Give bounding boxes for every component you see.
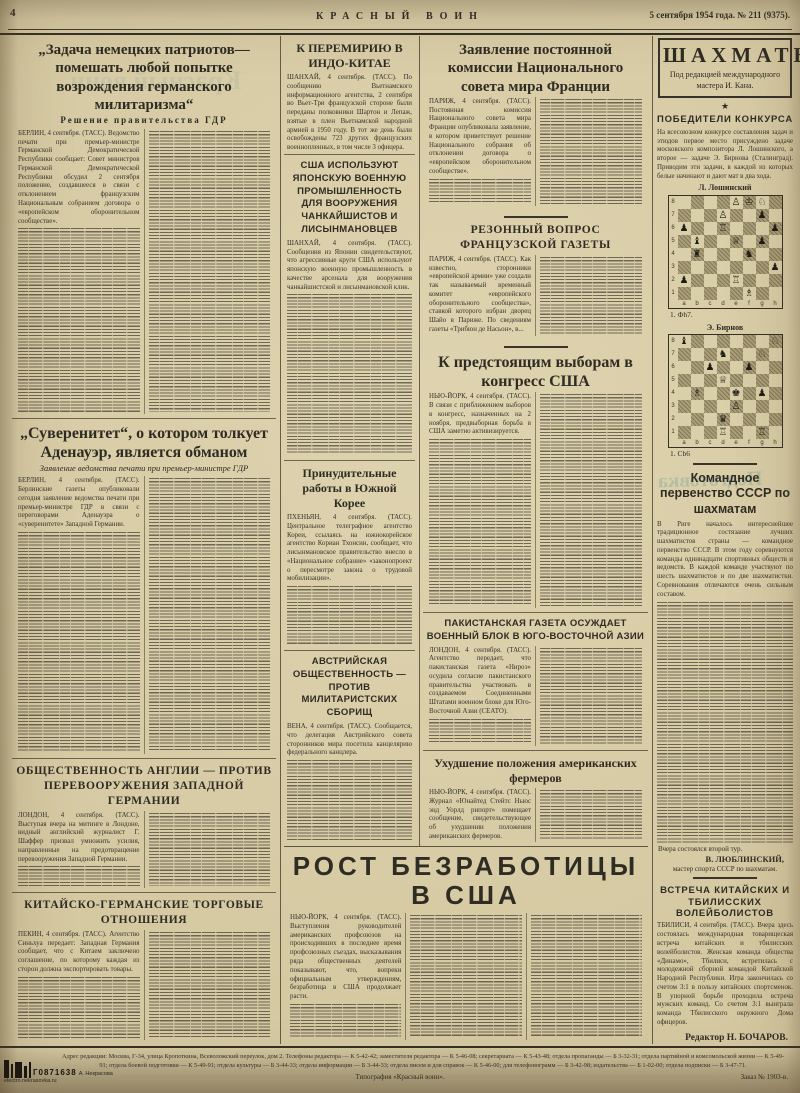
body-text-sim — [287, 760, 412, 840]
chess-square — [756, 335, 769, 348]
file-label: a — [678, 300, 691, 308]
team-championship-end: Вчера состоялся второй тур. — [656, 845, 794, 854]
chess-square — [743, 400, 756, 413]
body-text-sim — [657, 602, 793, 844]
chess-piece: ♟ — [756, 235, 769, 248]
section-divider — [693, 877, 757, 879]
editor-line: Редактор Н. БОЧАРОВ. — [656, 1028, 794, 1044]
article-austria-public: АВСТРИЙСКАЯ ОБЩЕСТВЕННОСТЬ — ПРОТИВ МИЛИ… — [284, 650, 415, 846]
file-label: g — [756, 300, 769, 308]
rank-label: 2 — [669, 413, 678, 426]
chess-piece: ♕ — [717, 374, 730, 387]
rank-label: 1 — [669, 426, 678, 439]
article-france-peace-council: Заявление постоянной комиссии Национальн… — [423, 36, 648, 210]
chess-piece: ♜ — [691, 248, 704, 261]
chess-piece: ♘ — [756, 348, 769, 361]
footer-rule — [0, 1046, 800, 1048]
section-divider — [693, 463, 757, 465]
chess-piece: ♟ — [756, 387, 769, 400]
chess-square — [678, 387, 691, 400]
chess-piece: ♞ — [717, 348, 730, 361]
chess-square — [717, 235, 730, 248]
team-championship-lead: В Риге началось интереснейшее традиционн… — [656, 520, 794, 600]
article-lead: ПХЕНЬЯН, 4 сентября. (ТАСС). Центральное… — [286, 513, 413, 584]
chess-square — [678, 413, 691, 426]
chess-section-title: ШАХМАТЫ — [663, 45, 787, 66]
chess-square — [691, 413, 704, 426]
chess-square — [717, 248, 730, 261]
chess-square — [743, 335, 756, 348]
article-lead: ПЕКИН, 4 сентября. (ТАСС). Агентство Син… — [17, 930, 141, 975]
article-lead: ВЕНА, 4 сентября. (ТАСС). Сообщается, чт… — [286, 722, 413, 758]
body-text-sim — [149, 932, 271, 1038]
chess-square — [704, 426, 717, 439]
chess-square — [769, 287, 782, 300]
chess-square — [730, 222, 743, 235]
chess-square — [756, 361, 769, 374]
file-label: h — [769, 439, 782, 447]
chess-square — [756, 374, 769, 387]
chess-square — [769, 235, 782, 248]
chess-square — [691, 287, 704, 300]
article-us-congress-elections: К предстоящим выборам в конгресс США НЬЮ… — [423, 340, 648, 612]
rank-label: 7 — [669, 348, 678, 361]
corner-spacer — [669, 300, 678, 308]
chess-square — [730, 287, 743, 300]
chess-square — [730, 335, 743, 348]
chess-square — [678, 348, 691, 361]
diagram1-caption: Л. Лошинский — [656, 181, 794, 194]
article-title: Принудительные работы в Южной Корее — [286, 464, 413, 513]
stamp-library: А. Некрасова — [79, 1071, 113, 1078]
body-text-sim — [531, 915, 642, 1038]
chess-piece: ♕ — [730, 235, 743, 248]
article-title: КИТАЙСКО-ГЕРМАНСКИЕ ТОРГОВЫЕ ОТНОШЕНИЯ — [14, 896, 274, 930]
chess-square — [678, 287, 691, 300]
article-title: ПАКИСТАНСКАЯ ГАЗЕТА ОСУЖДАЕТ ВОЕННЫЙ БЛО… — [425, 616, 646, 646]
article-title: РЕЗОННЫЙ ВОПРОС ФРАНЦУЗСКОЙ ГАЗЕТЫ — [425, 221, 646, 255]
file-label: h — [769, 300, 782, 308]
contest-winners-lead: На всесоюзном конкурсе составления задач… — [656, 128, 794, 182]
chess-piece: ♔ — [743, 196, 756, 209]
rank-label: 6 — [669, 222, 678, 235]
rank-label: 2 — [669, 274, 678, 287]
chess-square — [717, 335, 730, 348]
body-text-sim — [540, 257, 642, 334]
body-text-sim — [540, 99, 642, 204]
chess-square — [678, 235, 691, 248]
file-label: f — [743, 439, 756, 447]
article-american-farmers: Ухудшение положения американских фермеро… — [423, 750, 648, 846]
chess-square — [743, 274, 756, 287]
section-divider — [504, 346, 568, 348]
chess-square — [691, 374, 704, 387]
chess-square — [717, 274, 730, 287]
chess-square — [704, 335, 717, 348]
file-label: e — [730, 439, 743, 447]
chess-square — [691, 348, 704, 361]
column-rule — [280, 36, 281, 1044]
chess-square — [743, 235, 756, 248]
chess-square — [717, 261, 730, 274]
body-text-sim — [18, 228, 140, 412]
chess-square — [691, 426, 704, 439]
file-label: a — [678, 439, 691, 447]
newspaper-page: { "header": { "page_number": "4", "masth… — [0, 0, 800, 1093]
chess-piece: ♘ — [769, 335, 782, 348]
chess-square — [704, 387, 717, 400]
column-rule — [652, 36, 653, 1044]
chess-square — [769, 400, 782, 413]
chess-square — [704, 348, 717, 361]
chess-piece: ♟ — [769, 261, 782, 274]
chess-square — [730, 348, 743, 361]
chess-square — [717, 400, 730, 413]
chess-section-subtitle: Под редакцией международного мастера И. … — [663, 70, 787, 92]
chess-square — [743, 374, 756, 387]
chess-square — [743, 348, 756, 361]
chess-square — [769, 361, 782, 374]
chess-piece: ♟ — [756, 209, 769, 222]
chess-square — [678, 248, 691, 261]
chess-square — [691, 335, 704, 348]
article-lead: НЬЮ-ЙОРК, 4 сентября. (ТАСС). Журнал «Юн… — [428, 788, 532, 842]
chess-square — [704, 235, 717, 248]
rank-label: 5 — [669, 235, 678, 248]
body-text-sim — [540, 394, 642, 606]
article-usa-japan-industry: США ИСПОЛЬЗУЮТ ЯПОНСКУЮ ВОЕННУЮ ПРОМЫШЛЕ… — [284, 154, 415, 460]
chess-square — [678, 209, 691, 222]
chess-square — [756, 261, 769, 274]
chess-square — [704, 413, 717, 426]
chess-square — [769, 374, 782, 387]
article-title: ОБЩЕСТВЕННОСТЬ АНГЛИИ — ПРОТИВ ПЕРЕВООРУ… — [14, 762, 274, 811]
chess-square — [769, 274, 782, 287]
chess-square — [704, 222, 717, 235]
chess-piece: ♗ — [691, 387, 704, 400]
chess-square — [743, 222, 756, 235]
rank-label: 1 — [669, 287, 678, 300]
article-korea-forced-labor: Принудительные работы в Южной Корее ПХЕН… — [284, 460, 415, 650]
middle-column: К ПЕРЕМИРИЮ В ИНДО-КИТАЕ ШАНХАЙ, 4 сентя… — [284, 36, 415, 846]
article-sovereignty: „Суверенитет“, о котором толкует Аденауэ… — [12, 418, 276, 758]
chess-square — [691, 196, 704, 209]
article-subtitle: Заявление ведомства печати при премьер-м… — [14, 463, 274, 476]
chess-square — [691, 261, 704, 274]
chess-piece: ♖ — [717, 222, 730, 235]
print-order-number: Заказ № 1903-в. — [741, 1073, 788, 1081]
chess-square — [743, 413, 756, 426]
chess-square — [743, 209, 756, 222]
rank-label: 3 — [669, 400, 678, 413]
rank-label: 7 — [669, 209, 678, 222]
chess-diagram-1: 8♙♔♘7♙♟6♟♖♟5♝♕♟4♜♞3♟2♟♖1♗abcdefgh — [656, 195, 794, 309]
chess-square — [756, 274, 769, 287]
article-lead: ШАНХАЙ, 4 сентября. (ТАСС). По сообщению… — [286, 73, 413, 153]
chess-square — [704, 287, 717, 300]
chess-square — [743, 261, 756, 274]
diagram2-solution: 1. Сb6 — [656, 448, 794, 460]
body-text-sim — [540, 648, 642, 744]
article-indochina-truce: К ПЕРЕМИРИЮ В ИНДО-КИТАЕ ШАНХАЙ, 4 сентя… — [284, 36, 415, 154]
chess-piece: ♖ — [730, 274, 743, 287]
file-label: d — [717, 439, 730, 447]
chess-square — [730, 426, 743, 439]
chess-square — [756, 287, 769, 300]
author-role: мастер спорта СССР по шахматам. — [656, 865, 794, 874]
body-text-sim — [540, 790, 642, 840]
article-pakistan-newspaper: ПАКИСТАНСКАЯ ГАЗЕТА ОСУЖДАЕТ ВОЕННЫЙ БЛО… — [423, 612, 648, 750]
file-label: c — [704, 300, 717, 308]
body-text-sim — [429, 439, 531, 606]
chess-square — [717, 361, 730, 374]
body-text-sim — [287, 586, 412, 644]
corner-spacer — [669, 439, 678, 447]
body-text-sim — [18, 866, 140, 886]
chess-square — [769, 196, 782, 209]
article-title: К ПЕРЕМИРИЮ В ИНДО-КИТАЕ — [286, 39, 413, 73]
chess-piece: ♖ — [717, 426, 730, 439]
chess-piece: ♘ — [756, 196, 769, 209]
article-us-unemployment: РОСТ БЕЗРАБОТИЦЫ В США НЬЮ-ЙОРК, 4 сентя… — [284, 846, 648, 1044]
issue-date: 5 сентября 1954 года. № 211 (9375). — [649, 11, 790, 20]
article-title: США ИСПОЛЬЗУЮТ ЯПОНСКУЮ ВОЕННУЮ ПРОМЫШЛЕ… — [286, 158, 413, 239]
page-header: 4 КРАСНЫЙ ВОИН 5 сентября 1954 года. № 2… — [0, 4, 800, 30]
chess-square — [704, 248, 717, 261]
body-text-sim — [429, 719, 531, 744]
stamp-code: Г0871638 — [33, 1068, 77, 1078]
volleyball-title: ВСТРЕЧА КИТАЙСКИХ И ТБИЛИССКИХ ВОЛЕЙБОЛИ… — [656, 882, 794, 921]
chess-square — [704, 274, 717, 287]
chess-diagram-2: 8♝♘7♞♘6♟♟5♕4♗♚♟3♙2♛1♖♖abcdefgh — [656, 334, 794, 448]
author-signature: В. ЛЮБЛИНСКИЙ, — [656, 854, 794, 865]
section-divider — [504, 216, 568, 218]
chess-square — [743, 426, 756, 439]
chess-square — [691, 361, 704, 374]
chess-square — [756, 248, 769, 261]
chess-piece: ♟ — [704, 361, 717, 374]
diagram1-solution: 1. Фh7. — [656, 309, 794, 321]
chess-section-box: ШАХМАТЫ Под редакцией международного мас… — [658, 38, 792, 98]
body-text-sim — [149, 131, 271, 412]
body-text-sim — [149, 813, 271, 886]
chess-square — [691, 209, 704, 222]
chess-piece: ♚ — [730, 387, 743, 400]
file-label: b — [691, 439, 704, 447]
chess-square — [730, 374, 743, 387]
article-gdr-task: „Задача немецких патриотов— помешать люб… — [12, 36, 276, 418]
rank-label: 8 — [669, 335, 678, 348]
chess-square — [717, 196, 730, 209]
star-icon: ★ — [656, 102, 794, 112]
article-lead: ШАНХАЙ, 4 сентября. (ТАСС). Сообщения из… — [286, 239, 413, 293]
header-rule-thin — [8, 29, 792, 30]
body-text-sim — [290, 1004, 401, 1038]
article-title: АВСТРИЙСКАЯ ОБЩЕСТВЕННОСТЬ — ПРОТИВ МИЛИ… — [286, 654, 413, 722]
article-title: Ухудшение положения американских фермеро… — [425, 754, 646, 788]
chess-square — [717, 387, 730, 400]
article-lead: НЬЮ-ЙОРК, 4 сентября. (ТАСС). В связи с … — [428, 392, 532, 437]
body-text-sim — [429, 179, 531, 204]
chess-square — [678, 374, 691, 387]
article-title: К предстоящим выборам в конгресс США — [425, 351, 646, 392]
contest-winners-title: ПОБЕДИТЕЛИ КОНКУРСА — [656, 111, 794, 127]
chess-square — [756, 400, 769, 413]
article-lead: БЕРЛИН, 4 сентября. (ТАСС). Ведомство пе… — [17, 129, 141, 226]
file-label: d — [717, 300, 730, 308]
chess-square — [704, 209, 717, 222]
center-right-column: Заявление постоянной комиссии Национальн… — [423, 36, 648, 846]
article-title: „Суверенитет“, о котором толкует Аденауэ… — [14, 422, 274, 463]
diagram2-caption: Э. Бирнов — [656, 321, 794, 334]
chess-square — [769, 387, 782, 400]
chess-piece: ♗ — [743, 287, 756, 300]
library-stamp: Г0871638 А. Некрасова electro.nekrasovka… — [4, 1060, 154, 1085]
chess-column: ШАХМАТЫ Под редакцией международного мас… — [656, 36, 794, 1044]
chess-piece: ♟ — [678, 222, 691, 235]
article-french-newspaper-question: РЕЗОННЫЙ ВОПРОС ФРАНЦУЗСКОЙ ГАЗЕТЫ ПАРИЖ… — [423, 210, 648, 340]
article-title: „Задача немецких патриотов— помешать люб… — [14, 39, 274, 115]
chess-square — [756, 413, 769, 426]
team-championship-title: Командное первенство СССР по шахматам — [656, 468, 794, 520]
file-label: f — [743, 300, 756, 308]
article-lead: ЛОНДОН, 4 сентября. (ТАСС). Выступая вче… — [17, 811, 141, 865]
chess-square — [704, 261, 717, 274]
chess-square — [769, 413, 782, 426]
chess-square — [730, 413, 743, 426]
chess-square — [743, 387, 756, 400]
article-title: Заявление постоянной комиссии Национальн… — [425, 39, 646, 97]
chess-square — [678, 261, 691, 274]
chess-piece: ♙ — [730, 196, 743, 209]
body-text-sim — [18, 977, 140, 1038]
article-england-public: ОБЩЕСТВЕННОСТЬ АНГЛИИ — ПРОТИВ ПЕРЕВООРУ… — [12, 758, 276, 892]
chess-square — [717, 287, 730, 300]
chess-square — [769, 426, 782, 439]
rank-label: 4 — [669, 387, 678, 400]
chess-square — [730, 361, 743, 374]
article-china-germany-trade: КИТАЙСКО-ГЕРМАНСКИЕ ТОРГОВЫЕ ОТНОШЕНИЯ П… — [12, 892, 276, 1044]
chess-square — [691, 400, 704, 413]
article-lead: НЬЮ-ЙОРК, 4 сентября. (ТАСС). Выступлени… — [289, 913, 402, 1002]
rank-label: 5 — [669, 374, 678, 387]
file-label: e — [730, 300, 743, 308]
body-text-sim — [410, 915, 521, 1038]
left-column: „Задача немецких патриотов— помешать люб… — [12, 36, 276, 1044]
chess-square — [691, 222, 704, 235]
chess-piece: ♛ — [717, 413, 730, 426]
chess-piece: ♝ — [691, 235, 704, 248]
chess-piece: ♝ — [678, 335, 691, 348]
chess-piece: ♟ — [743, 361, 756, 374]
article-lead: ПАРИЖ, 4 сентября. (ТАСС). Постоянная ко… — [428, 97, 532, 177]
rank-label: 6 — [669, 361, 678, 374]
file-label: c — [704, 439, 717, 447]
chess-square — [769, 209, 782, 222]
chess-square — [769, 248, 782, 261]
article-lead: ПАРИЖ, 4 сентября. (ТАСС). Как известно,… — [428, 255, 532, 335]
rank-label: 3 — [669, 261, 678, 274]
article-title: РОСТ БЕЗРАБОТИЦЫ В США — [286, 850, 646, 913]
chess-square — [730, 248, 743, 261]
chess-square — [678, 196, 691, 209]
chess-square — [678, 361, 691, 374]
chess-square — [769, 348, 782, 361]
chess-square — [730, 209, 743, 222]
chess-square — [704, 400, 717, 413]
chess-square — [691, 274, 704, 287]
chess-piece: ♞ — [743, 248, 756, 261]
file-label: g — [756, 439, 769, 447]
chess-square — [704, 374, 717, 387]
chess-piece: ♙ — [717, 209, 730, 222]
barcode-icon: Г0871638 А. Некрасова — [4, 1060, 154, 1078]
article-subtitle: Решение правительства ГДР — [14, 115, 274, 129]
header-rule-thick — [0, 33, 800, 35]
chess-piece: ♙ — [730, 400, 743, 413]
article-lead: ЛОНДОН, 4 сентября. (ТАСС). Агентство пе… — [428, 646, 532, 717]
rank-label: 4 — [669, 248, 678, 261]
body-text-sim — [287, 294, 412, 454]
article-lead: БЕРЛИН, 4 сентября. (ТАСС). Берлинские г… — [17, 476, 141, 530]
body-text-sim — [18, 532, 140, 752]
file-label: b — [691, 300, 704, 308]
chess-square — [704, 196, 717, 209]
chess-square — [678, 400, 691, 413]
volleyball-lead: ТБИЛИСИ, 4 сентября. (ТАСС). Вчера здесь… — [656, 921, 794, 1027]
body-text-sim — [149, 478, 271, 752]
chess-square — [678, 426, 691, 439]
chess-square — [730, 261, 743, 274]
chess-piece: ♖ — [756, 426, 769, 439]
stamp-url: electro.nekrasovka.ru — [4, 1078, 154, 1085]
chess-piece: ♟ — [769, 222, 782, 235]
chess-piece: ♟ — [678, 274, 691, 287]
chess-square — [756, 222, 769, 235]
rank-label: 8 — [669, 196, 678, 209]
column-rule — [419, 36, 420, 846]
